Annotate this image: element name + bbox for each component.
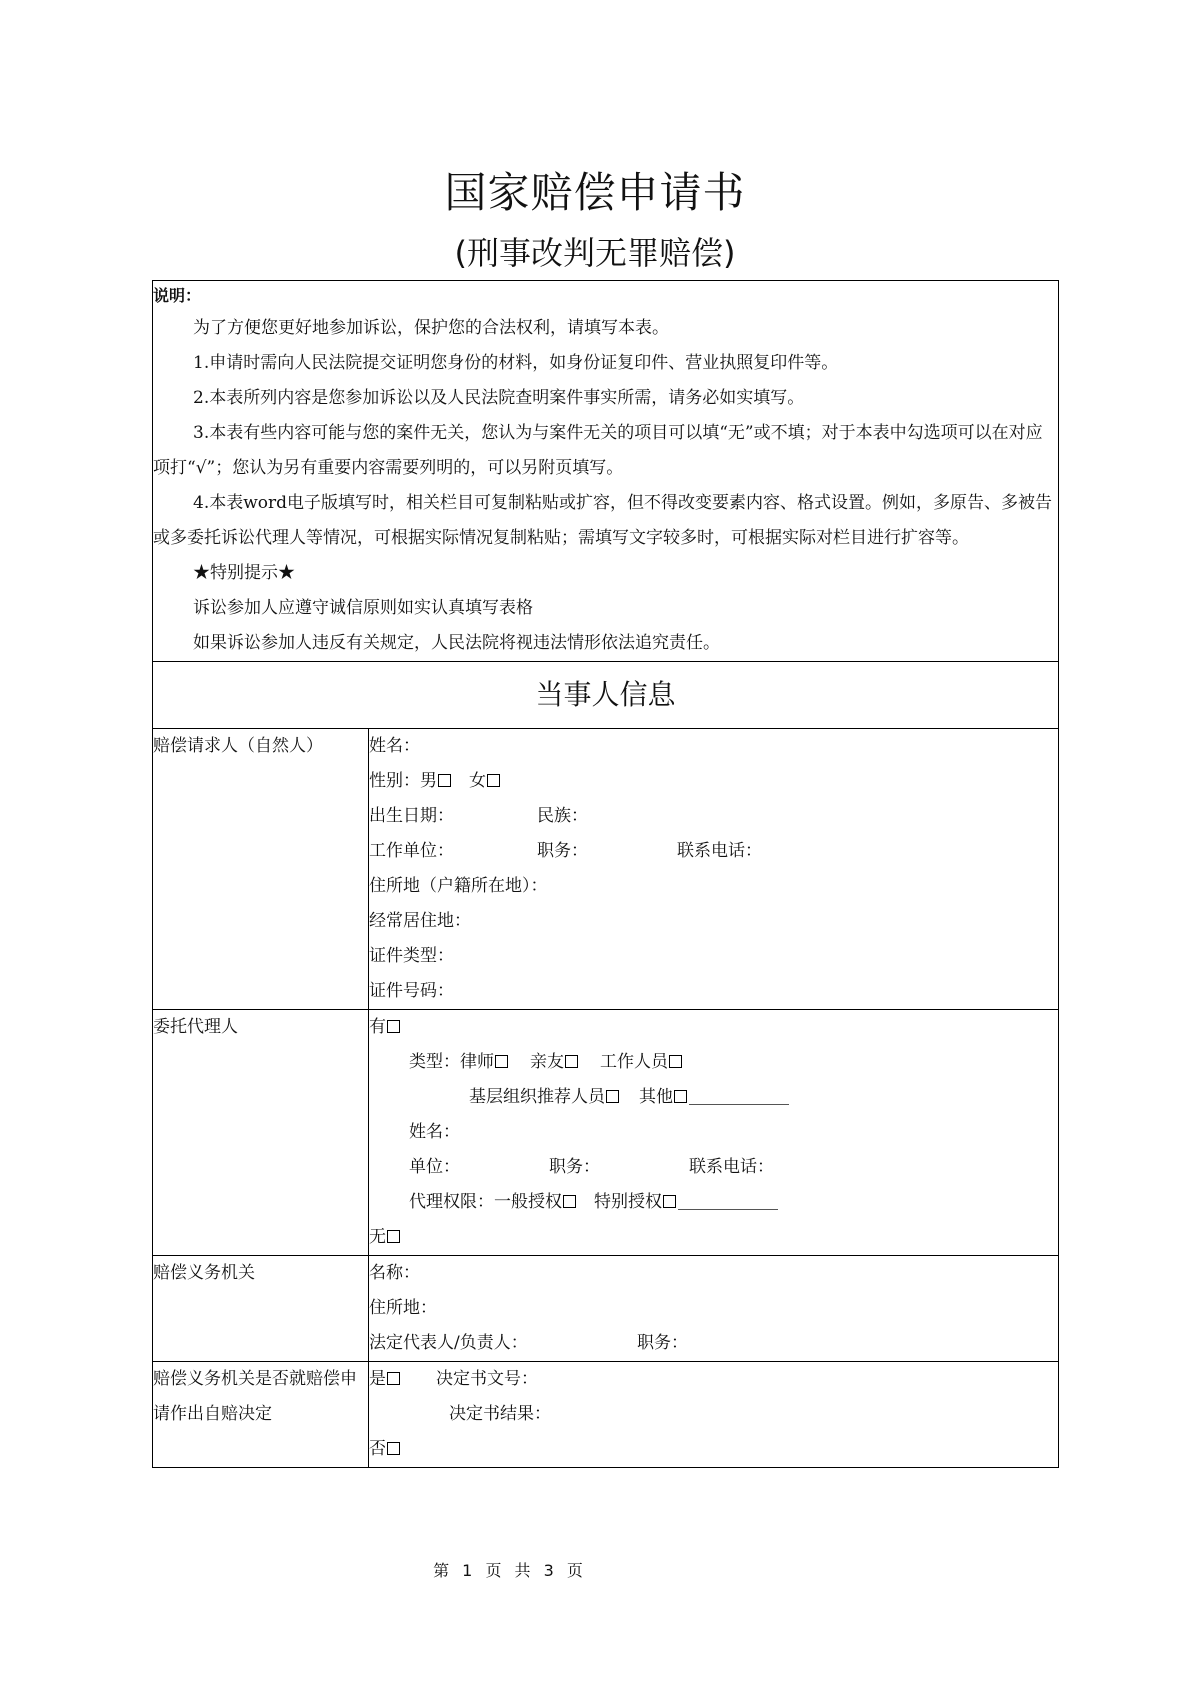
general-authority-label: 一般授权 xyxy=(494,1192,562,1212)
residence-field[interactable]: 经常居住地： xyxy=(369,911,471,931)
decision-no-checkbox[interactable] xyxy=(387,1442,400,1455)
decision-label: 赔偿义务机关是否就赔偿申请作出自赔决定 xyxy=(153,1362,369,1468)
special-notice-heading: ★特别提示★ xyxy=(153,556,1058,591)
obligor-address-field[interactable]: 住所地： xyxy=(369,1298,437,1318)
id-type-field[interactable]: 证件类型： xyxy=(369,946,454,966)
gender-label: 性别： xyxy=(369,771,420,791)
special-notice-2: 如果诉讼参加人违反有关规定，人民法院将视违法情形依法追究责任。 xyxy=(153,626,1058,661)
community-recommended-label: 基层组织推荐人员 xyxy=(469,1087,605,1107)
obligor-label: 赔偿义务机关 xyxy=(153,1256,369,1362)
instructions-item-1: 1.申请时需向人民法院提交证明您身份的材料，如身份证复印件、营业执照复印件等。 xyxy=(153,346,1058,381)
obligor-position-field[interactable]: 职务： xyxy=(637,1333,688,1353)
special-authority-blank[interactable] xyxy=(678,1189,778,1210)
instructions-cell: 说明： 为了方便您更好地参加诉讼，保护您的合法权利，请填写本表。 1.申请时需向… xyxy=(153,281,1059,662)
obligor-fields: 名称： 住所地： 法定代表人/负责人：职务： xyxy=(369,1256,1059,1362)
birth-date-field[interactable]: 出生日期： xyxy=(369,799,537,834)
id-number-field[interactable]: 证件号码： xyxy=(369,981,454,1001)
instructions-item-4: 4.本表word电子版填写时，相关栏目可复制粘贴或扩容，但不得改变要素内容、格式… xyxy=(153,486,1058,556)
instructions-heading: 说明： xyxy=(153,281,1058,311)
decision-yes-checkbox[interactable] xyxy=(387,1372,400,1385)
instructions-item-3: 3.本表有些内容可能与您的案件无关，您认为与案件无关的项目可以填“无”或不填；对… xyxy=(153,416,1058,486)
obligor-representative-field[interactable]: 法定代表人/负责人： xyxy=(369,1326,637,1361)
special-notice-1: 诉讼参加人应遵守诚信原则如实认真填写表格 xyxy=(153,591,1058,626)
other-type-label: 其他 xyxy=(639,1087,673,1107)
agent-phone-field[interactable]: 联系电话： xyxy=(689,1157,774,1177)
agent-label: 委托代理人 xyxy=(153,1010,369,1256)
gender-female-label: 女 xyxy=(469,771,486,791)
document-title: 国家赔偿申请书 xyxy=(0,160,1190,220)
obligor-name-field[interactable]: 名称： xyxy=(369,1263,420,1283)
phone-field[interactable]: 联系电话： xyxy=(677,841,762,861)
claimant-name-field[interactable]: 姓名： xyxy=(369,736,420,756)
authority-label: 代理权限： xyxy=(409,1192,494,1212)
ethnicity-field[interactable]: 民族： xyxy=(537,806,588,826)
agent-name-field[interactable]: 姓名： xyxy=(409,1122,460,1142)
relative-label: 亲友 xyxy=(530,1052,564,1072)
community-recommended-checkbox[interactable] xyxy=(606,1090,619,1103)
agent-yes-label: 有 xyxy=(369,1017,386,1037)
general-authority-checkbox[interactable] xyxy=(563,1195,576,1208)
document-subtitle: (刑事改判无罪赔偿) xyxy=(0,228,1190,274)
claimant-fields: 姓名： 性别：男女 出生日期：民族： 工作单位：职务：联系电话： 住所地（户籍所… xyxy=(369,729,1059,1010)
agent-type-label: 类型： xyxy=(409,1052,460,1072)
staff-checkbox[interactable] xyxy=(669,1055,682,1068)
agent-no-checkbox[interactable] xyxy=(387,1230,400,1243)
domicile-field[interactable]: 住所地（户籍所在地）： xyxy=(369,876,548,896)
decision-fields: 是决定书文号： 决定书结果： 否 xyxy=(369,1362,1059,1468)
relative-checkbox[interactable] xyxy=(565,1055,578,1068)
instructions-intro: 为了方便您更好地参加诉讼，保护您的合法权利，请填写本表。 xyxy=(153,311,1058,346)
agent-position-field[interactable]: 职务： xyxy=(549,1150,689,1185)
position-field[interactable]: 职务： xyxy=(537,834,677,869)
instructions-item-2: 2.本表所列内容是您参加诉讼以及人民法院查明案件事实所需，请务必如实填写。 xyxy=(153,381,1058,416)
other-type-checkbox[interactable] xyxy=(674,1090,687,1103)
decision-no-label: 否 xyxy=(369,1439,386,1459)
lawyer-checkbox[interactable] xyxy=(495,1055,508,1068)
agent-fields: 有 类型：律师亲友工作人员 基层组织推荐人员其他 姓名： 单位：职务：联系电话：… xyxy=(369,1010,1059,1256)
special-authority-label: 特别授权 xyxy=(594,1192,662,1212)
page-number: 第 1 页 共 3 页 xyxy=(0,1558,1020,1581)
special-authority-checkbox[interactable] xyxy=(663,1195,676,1208)
employer-field[interactable]: 工作单位： xyxy=(369,834,537,869)
application-form-table: 说明： 为了方便您更好地参加诉讼，保护您的合法权利，请填写本表。 1.申请时需向… xyxy=(152,280,1059,1468)
decision-doc-no-field[interactable]: 决定书文号： xyxy=(436,1369,538,1389)
agent-no-label: 无 xyxy=(369,1227,386,1247)
party-info-heading: 当事人信息 xyxy=(153,662,1059,729)
agent-unit-field[interactable]: 单位： xyxy=(409,1150,549,1185)
decision-yes-label: 是 xyxy=(369,1369,386,1389)
gender-male-checkbox[interactable] xyxy=(438,774,451,787)
other-type-blank[interactable] xyxy=(689,1084,789,1105)
staff-label: 工作人员 xyxy=(600,1052,668,1072)
decision-result-field[interactable]: 决定书结果： xyxy=(449,1404,551,1424)
agent-yes-checkbox[interactable] xyxy=(387,1020,400,1033)
lawyer-label: 律师 xyxy=(460,1052,494,1072)
claimant-label: 赔偿请求人（自然人） xyxy=(153,729,369,1010)
gender-male-label: 男 xyxy=(420,771,437,791)
gender-female-checkbox[interactable] xyxy=(487,774,500,787)
